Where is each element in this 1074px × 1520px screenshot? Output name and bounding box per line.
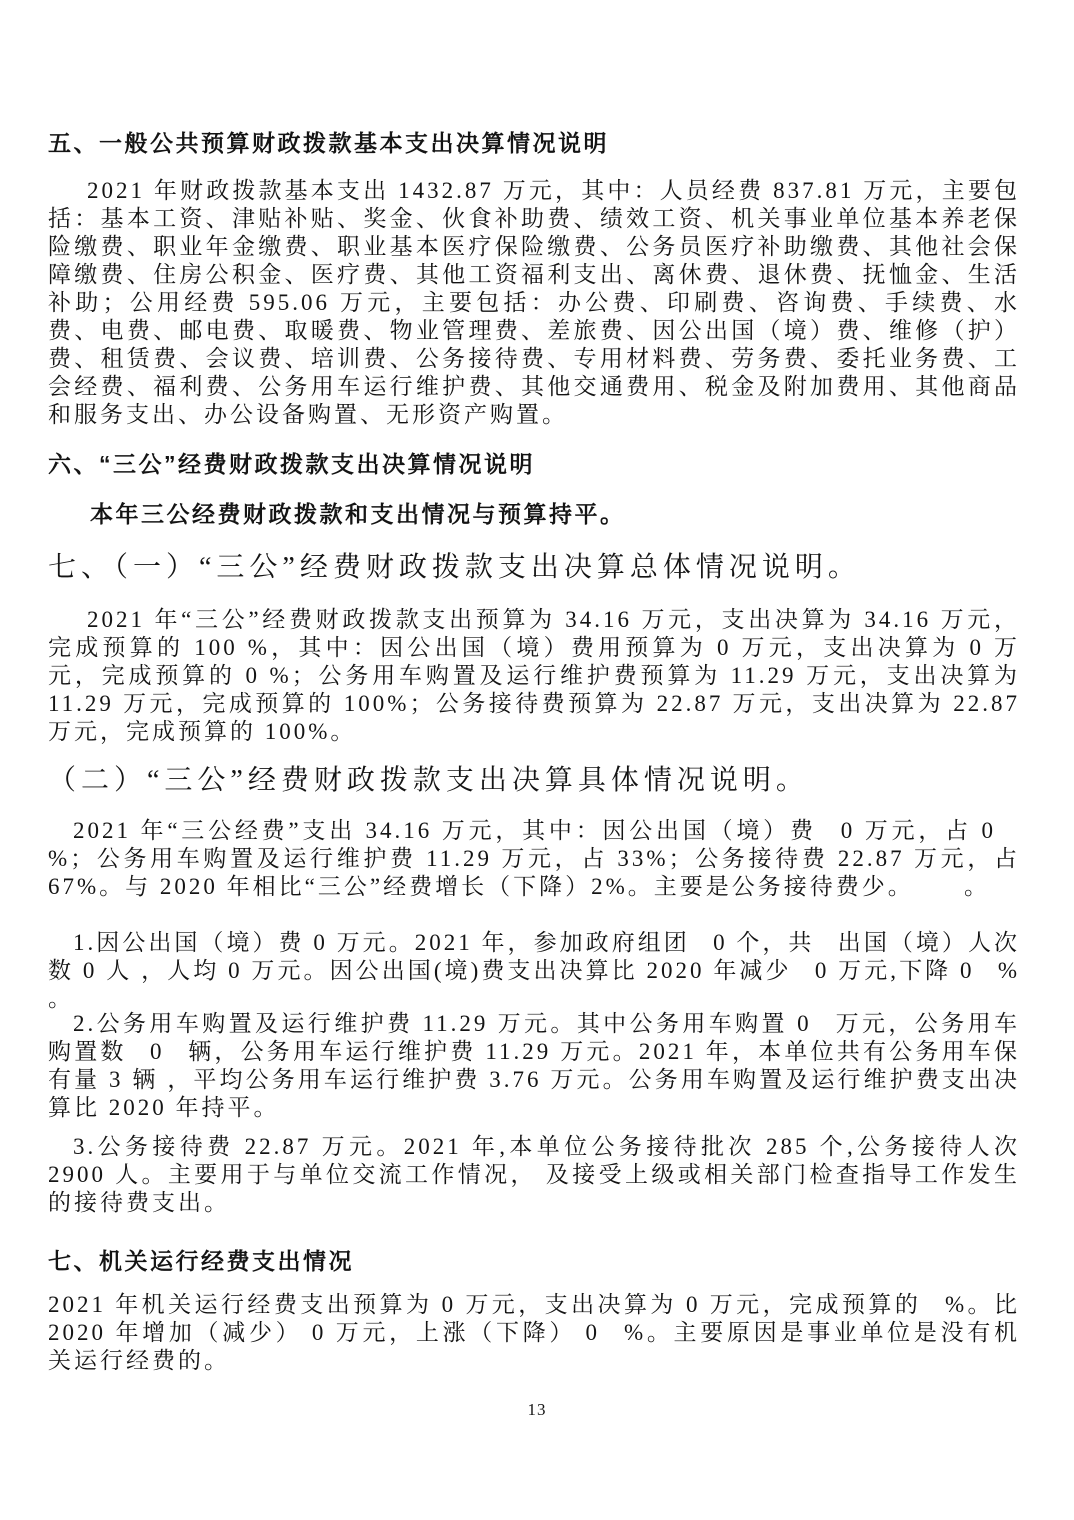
section-5-paragraph: 2021 年财政拨款基本支出 1432.87 万元，其中：人员经费 837.81… <box>48 177 1020 429</box>
detail-item-vehicles: 2.公务用车购置及运行维护费 11.29 万元。其中公务用车购置 0 万元，公务… <box>48 1010 1020 1122</box>
detail-item-reception: 3.公务接待费 22.87 万元。2021 年,本单位公务接待批次 285 个,… <box>48 1133 1020 1217</box>
section-7-operating-paragraph: 2021 年机关运行经费支出预算为 0 万元，支出决算为 0 万元，完成预算的 … <box>48 1291 1020 1375</box>
section-6-note: 本年三公经费财政拨款和支出情况与预算持平。 <box>48 499 1020 529</box>
document-page: 五、一般公共预算财政拨款基本支出决算情况说明 2021 年财政拨款基本支出 14… <box>0 0 1074 1520</box>
stray-period-mark: 。 <box>939 873 990 901</box>
section-7-2-paragraph-text: 2021 年“三公经费”支出 34.16 万元，其中：因公出国（境）费 0 万元… <box>48 818 1020 899</box>
section-7-1-heading: 七、（一）“三公”经费财政拨款支出决算总体情况说明。 <box>48 551 1020 585</box>
section-7-2-paragraph: 2021 年“三公经费”支出 34.16 万元，其中：因公出国（境）费 0 万元… <box>48 817 1020 901</box>
detail-item-abroad: 1.因公出国（境）费 0 万元。2021 年，参加政府组团 0 个，共 出国（境… <box>48 929 1020 1013</box>
page-number: 13 <box>0 1400 1074 1420</box>
section-7-2-heading: （二）“三公”经费财政拨款支出决算具体情况说明。 <box>48 764 1020 798</box>
section-7-1-paragraph: 2021 年“三公”经费财政拨款支出预算为 34.16 万元，支出决算为 34.… <box>48 606 1020 746</box>
section-5-heading: 五、一般公共预算财政拨款基本支出决算情况说明 <box>48 128 1020 158</box>
section-6-heading: 六、“三公”经费财政拨款支出决算情况说明 <box>48 449 1020 479</box>
section-7-operating-heading: 七、机关运行经费支出情况 <box>48 1246 1020 1276</box>
